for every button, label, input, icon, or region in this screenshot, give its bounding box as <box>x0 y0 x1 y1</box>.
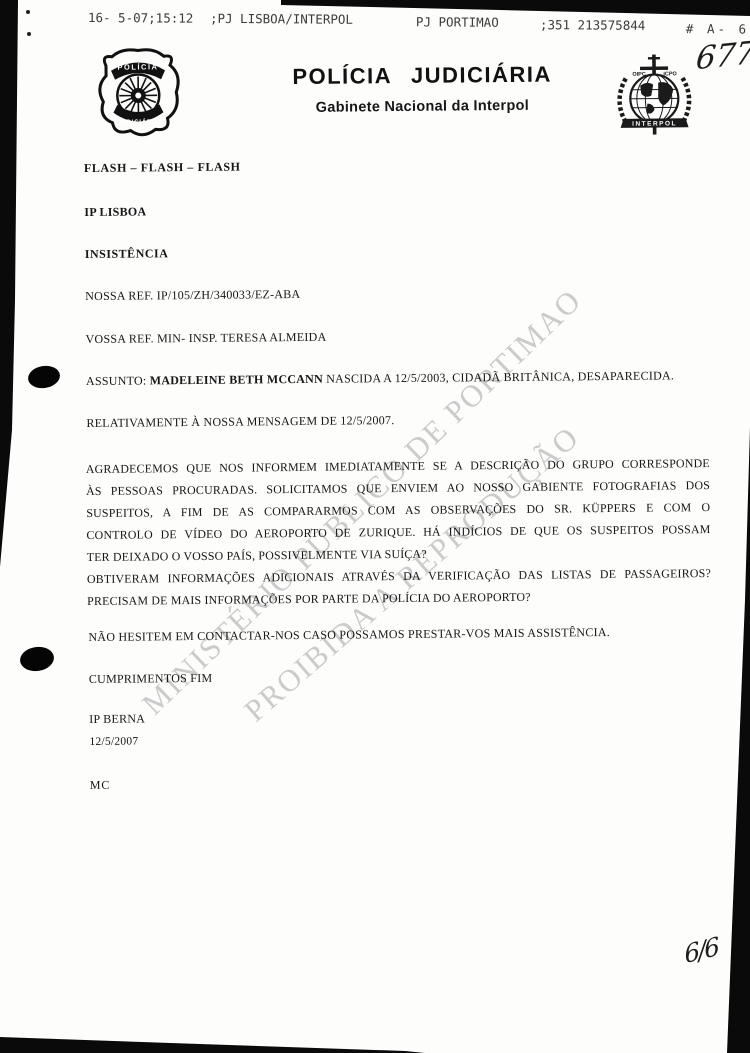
document-body: POLÍCIA JUDICIÁRIA POLÍCIA JUDICIÁRIA Ga… <box>0 0 750 1053</box>
interpol-emblem-icon: OIPC ICPO INTERPOL <box>609 51 700 149</box>
insistence-line: INSISTÊNCIA <box>85 246 169 262</box>
closing-line: NÃO HESITEM EM CONTACTAR-NOS CASO POSSAM… <box>88 625 610 645</box>
our-reference-line: NOSSA REF. IP/105/ZH/340033/EZ-ABA <box>85 287 300 304</box>
emblem-banner-text: INTERPOL <box>632 120 677 127</box>
organization-title: POLÍCIA JUDICIÁRIA <box>227 61 617 91</box>
subject-label: ASSUNTO: <box>86 373 150 388</box>
sender-line: IP BERNA <box>89 711 145 727</box>
recipient-line: IP LISBOA <box>84 204 146 220</box>
subject-name: MADELEINE BETH MCCANN <box>150 372 323 388</box>
subject-rest: NASCIDA A 12/5/2003, CIDADÃ BRITÂNICA, D… <box>323 368 674 385</box>
initials-line: MC <box>90 778 110 793</box>
scanned-fax-document: MINISTÉRIO PÚBLICO DE PORTIMAO PROIBIDA … <box>0 0 750 1053</box>
flash-priority-line: FLASH – FLASH – FLASH <box>84 160 241 177</box>
signoff-line: CUMPRIMENTOS FIM <box>89 671 213 687</box>
message-paragraphs: AGRADECEMOS QUE NOS INFORMEM IMEDIATAMEN… <box>86 452 711 612</box>
handwritten-number: 677 <box>694 35 750 78</box>
policia-judiciaria-badge-icon: POLÍCIA JUDICIÁRIA <box>92 46 185 146</box>
emblem-icpo-text: ICPO <box>663 71 677 77</box>
date-line: 12/5/2007 <box>89 736 138 748</box>
organization-subtitle: Gabinete Nacional da Interpol <box>227 97 617 117</box>
emblem-oipc-text: OIPC <box>632 72 646 78</box>
subject-line: ASSUNTO: MADELEINE BETH MCCANN NASCIDA A… <box>86 368 674 389</box>
reference-message-line: RELATIVAMENTE À NOSSA MENSAGEM DE 12/5/2… <box>86 413 394 431</box>
badge-bottom-text: JUDICIÁRIA <box>117 118 159 125</box>
body-line: PRECISAM DE MAIS INFORMAÇÕES POR PARTE D… <box>87 584 711 612</box>
your-reference-line: VOSSA REF. MIN- INSP. TERESA ALMEIDA <box>86 330 327 347</box>
badge-top-text: POLÍCIA <box>117 62 158 71</box>
